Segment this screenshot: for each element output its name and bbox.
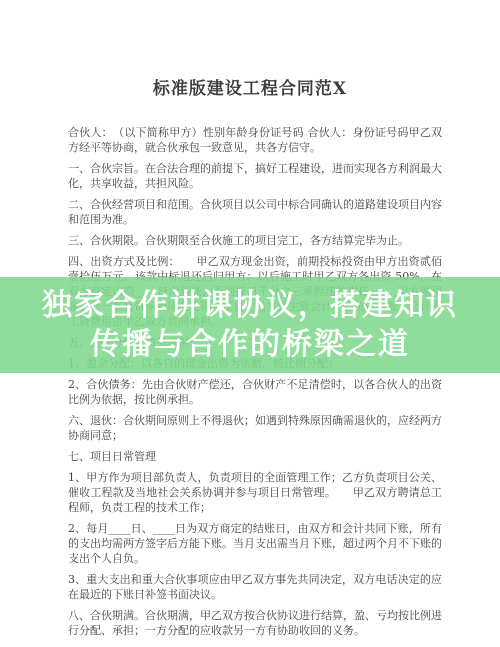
- paragraph-clause-2: 二、合伙经营项目和范围。合伙项目以公司中标合同确认的道路建设项目内容和范围为准。: [68, 197, 442, 227]
- paragraph-clause-5-item2: 2、合伙债务：先由合伙财产偿还，合伙财产不足清偿时，以各合伙人的出资比例为依据，…: [68, 377, 442, 407]
- paragraph-clause-8: 八、合伙期满。合伙期满，甲乙双方按合伙协议进行结算，盈、亏均按比例进行分配、承担…: [68, 608, 442, 638]
- promo-banner-line2: 传播与合作的桥梁之道: [90, 325, 410, 364]
- promo-banner: 独家合作讲课协议，搭建知识 传播与合作的桥梁之道: [0, 277, 500, 373]
- paragraph-clause-7-item1: 1、甲方作为项目部负责人，负责项目的全面管理工作；乙方负责项目公关、催收工程款及…: [68, 470, 442, 515]
- document-page: 标准版建设工程合同范X 合伙人： （以下简称甲方）性别年龄身份证号码 合伙人：身…: [0, 0, 500, 647]
- paragraph-parties: 合伙人： （以下简称甲方）性别年龄身份证号码 合伙人：身份证号码甲乙双方经平等协…: [68, 125, 442, 155]
- promo-banner-line1: 独家合作讲课协议，搭建知识: [42, 286, 458, 325]
- paragraph-clause-7-item3: 3、重大支出和重大合伙事项应由甲乙双方事先共同决定，双方电话决定的应在最近的下账…: [68, 572, 442, 602]
- paragraph-clause-6: 六、退伙：合伙期间原则上不得退伙；如遇到特殊原因确需退伙的，应经两方协商同意；: [68, 413, 442, 443]
- paragraph-clause-1: 一、合伙宗旨。在合法合理的前提下，搞好工程建设，进而实现各方利润最大化，共享收益…: [68, 161, 442, 191]
- document-title: 标准版建设工程合同范X: [0, 0, 500, 99]
- paragraph-clause-7: 七、项目日常管理: [68, 449, 442, 464]
- paragraph-clause-3: 三、合伙期限。合伙期限至合伙施工的项目完工，各方结算完毕为止。: [68, 233, 442, 248]
- paragraph-clause-7-item2: 2、每月____日、____日为双方商定的结账日，由双方和会计共同下账，所有的支…: [68, 521, 442, 566]
